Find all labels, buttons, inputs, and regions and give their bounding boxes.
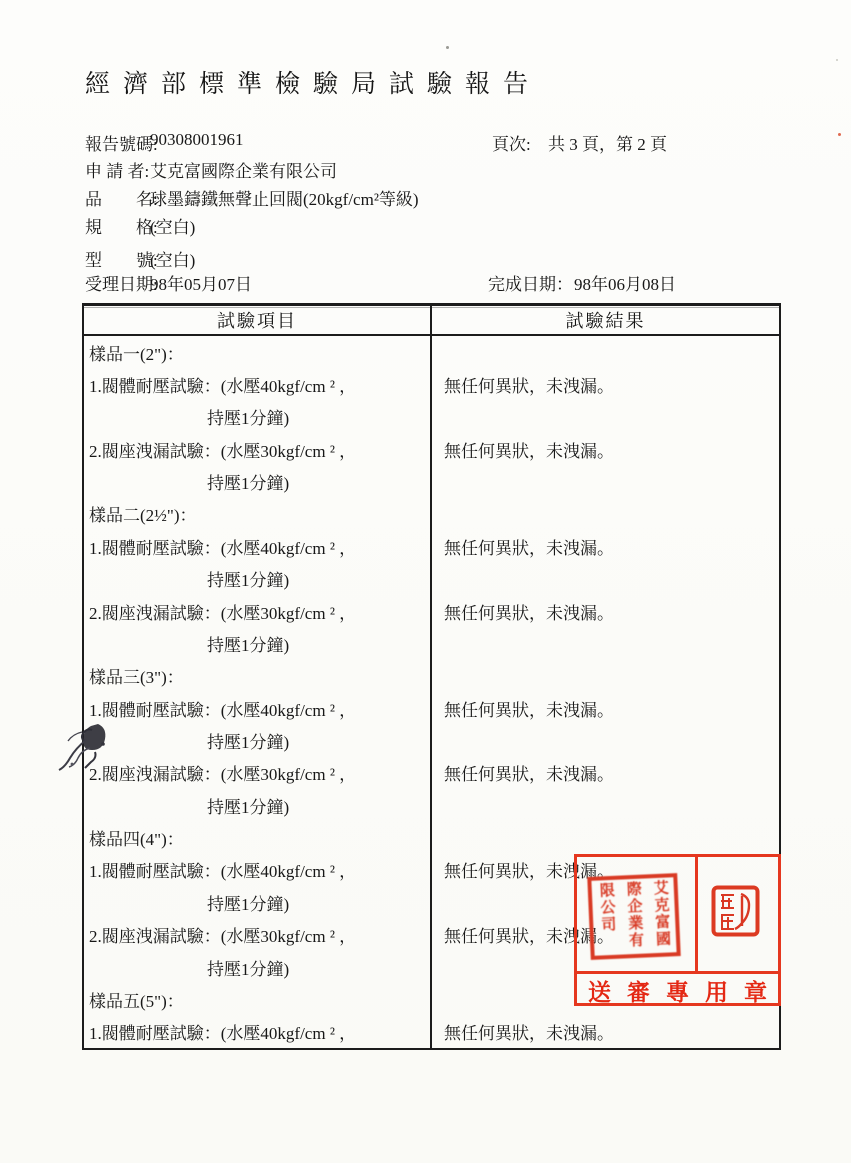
test-item-cell: 1.閥體耐壓試驗：(水壓40kgf/cm ² ， <box>84 854 432 886</box>
test-item-cell: 持壓1分鐘) <box>84 724 432 756</box>
table-row: 持壓1分鐘) <box>84 563 779 595</box>
meta-row-applicant: 申 請 者: 艾克富國際企業有限公司 <box>0 157 851 181</box>
report-number-label: 報告號碼: <box>85 130 158 155</box>
meta-row-product: 品 名: 球墨鑄鐵無聲止回閥(20kgf/cm²等級) <box>0 185 851 209</box>
test-item-cell: 持壓1分鐘) <box>84 886 432 918</box>
table-row: 持壓1分鐘) <box>84 401 779 433</box>
accept-date-label: 受理日期: <box>85 270 158 295</box>
test-item-cell: 樣品五(5")： <box>84 983 432 1015</box>
test-item-cell: 樣品一(2")： <box>84 336 432 368</box>
test-item-cell: 2.閥座洩漏試驗：(水壓30kgf/cm ² ， <box>84 433 432 465</box>
test-result-cell: 無任何異狀，未洩漏。 <box>432 1016 779 1048</box>
test-item-cell: 持壓1分鐘) <box>84 627 432 659</box>
accept-date-value: 98年05月07日 <box>150 270 252 295</box>
test-result-cell <box>432 789 779 821</box>
page-index-value: 共 3 頁，第 2 頁 <box>548 130 667 155</box>
table-row: 1.閥體耐壓試驗：(水壓40kgf/cm ² ，無任何異狀，未洩漏。 <box>84 692 779 724</box>
test-result-cell: 無任何異狀，未洩漏。 <box>432 692 779 724</box>
scan-speck <box>838 133 841 136</box>
test-result-cell <box>432 498 779 530</box>
table-row: 2.閥座洩漏試驗：(水壓30kgf/cm ² ，無任何異狀，未洩漏。 <box>84 595 779 627</box>
meta-row-report-number: 報告號碼: 90308001961 頁次: 共 3 頁，第 2 頁 <box>0 130 851 154</box>
test-result-cell: 無任何異狀，未洩漏。 <box>432 595 779 627</box>
test-item-cell: 1.閥體耐壓試驗：(水壓40kgf/cm ² ， <box>84 692 432 724</box>
table-row: 持壓1分鐘) <box>84 789 779 821</box>
complete-date-label: 完成日期： <box>488 270 573 295</box>
test-item-cell: 樣品三(3")： <box>84 660 432 692</box>
stamp-label: 送審專用章 <box>577 974 778 1006</box>
applicant-value: 艾克富國際企業有限公司 <box>150 157 337 182</box>
test-result-cell: 無任何異狀，未洩漏。 <box>432 433 779 465</box>
column-header-test-item: 試驗項目 <box>84 306 432 334</box>
test-item-cell: 2.閥座洩漏試驗：(水壓30kgf/cm ² ， <box>84 595 432 627</box>
test-item-cell: 持壓1分鐘) <box>84 401 432 433</box>
model-value: (空白) <box>150 246 195 271</box>
table-row: 1.閥體耐壓試驗：(水壓40kgf/cm ² ，無任何異狀，未洩漏。 <box>84 368 779 400</box>
ink-smudge <box>46 710 120 794</box>
model-label: 型 號: <box>85 246 158 271</box>
test-result-cell <box>432 660 779 692</box>
meta-row-model: 型 號: (空白) <box>0 246 851 270</box>
scan-speck <box>836 59 838 61</box>
table-row: 1.閥體耐壓試驗：(水壓40kgf/cm ² ，無任何異狀，未洩漏。 <box>84 530 779 562</box>
scan-speck <box>446 46 449 49</box>
test-item-cell: 1.閥體耐壓試驗：(水壓40kgf/cm ² ， <box>84 1016 432 1048</box>
approval-stamp: 艾克富國際企業有限公司 送審專用章 <box>574 854 781 1006</box>
table-row: 2.閥座洩漏試驗：(水壓30kgf/cm ² ，無任何異狀，未洩漏。 <box>84 757 779 789</box>
company-seal-icon: 艾克富國際企業有限公司 <box>587 873 681 960</box>
test-item-cell: 2.閥座洩漏試驗：(水壓30kgf/cm ² ， <box>84 757 432 789</box>
test-item-cell: 持壓1分鐘) <box>84 951 432 983</box>
test-result-cell <box>432 465 779 497</box>
table-row: 持壓1分鐘) <box>84 465 779 497</box>
test-item-cell: 持壓1分鐘) <box>84 563 432 595</box>
test-result-cell: 無任何異狀，未洩漏。 <box>432 530 779 562</box>
table-row: 樣品三(3")： <box>84 660 779 692</box>
test-result-cell: 無任何異狀，未洩漏。 <box>432 757 779 789</box>
page-title: 經濟部標準檢驗局試驗報告 <box>85 64 541 100</box>
report-page: 經濟部標準檢驗局試驗報告 報告號碼: 90308001961 頁次: 共 3 頁… <box>0 0 851 1163</box>
test-item-cell: 樣品四(4")： <box>84 821 432 853</box>
column-header-test-result: 試驗結果 <box>432 306 779 334</box>
test-item-cell: 1.閥體耐壓試驗：(水壓40kgf/cm ² ， <box>84 530 432 562</box>
complete-date-value: 98年06月08日 <box>574 270 676 295</box>
meta-row-dates: 受理日期: 98年05月07日 完成日期： 98年06月08日 <box>0 270 851 294</box>
table-row: 1.閥體耐壓試驗：(水壓40kgf/cm ² ，無任何異狀，未洩漏。 <box>84 1016 779 1048</box>
table-row: 持壓1分鐘) <box>84 724 779 756</box>
table-row: 持壓1分鐘) <box>84 627 779 659</box>
table-row: 樣品一(2")： <box>84 336 779 368</box>
applicant-label: 申 請 者: <box>85 157 149 182</box>
test-result-cell <box>432 336 779 368</box>
test-item-cell: 2.閥座洩漏試驗：(水壓30kgf/cm ² ， <box>84 918 432 950</box>
stamp-divider-vertical <box>695 857 698 971</box>
table-header-row: 試驗項目 試驗結果 <box>84 306 779 336</box>
test-result-cell <box>432 563 779 595</box>
product-name-value: 球墨鑄鐵無聲止回閥(20kgf/cm²等級) <box>150 185 419 210</box>
test-result-cell <box>432 627 779 659</box>
product-name-label: 品 名: <box>85 185 158 210</box>
test-item-cell: 1.閥體耐壓試驗：(水壓40kgf/cm ² ， <box>84 368 432 400</box>
test-result-cell <box>432 724 779 756</box>
table-row: 樣品四(4")： <box>84 821 779 853</box>
table-row: 樣品二(2½")： <box>84 498 779 530</box>
page-index-label: 頁次: <box>492 130 531 155</box>
meta-row-spec: 規 格: (空白) <box>0 213 851 237</box>
test-result-cell <box>432 821 779 853</box>
name-seal-icon <box>711 885 760 937</box>
spec-label: 規 格: <box>85 213 158 238</box>
test-item-cell: 持壓1分鐘) <box>84 465 432 497</box>
spec-value: (空白) <box>150 213 195 238</box>
test-result-cell: 無任何異狀，未洩漏。 <box>432 368 779 400</box>
table-row: 2.閥座洩漏試驗：(水壓30kgf/cm ² ，無任何異狀，未洩漏。 <box>84 433 779 465</box>
report-number-value: 90308001961 <box>150 130 244 150</box>
test-item-cell: 持壓1分鐘) <box>84 789 432 821</box>
test-result-cell <box>432 401 779 433</box>
test-item-cell: 樣品二(2½")： <box>84 498 432 530</box>
